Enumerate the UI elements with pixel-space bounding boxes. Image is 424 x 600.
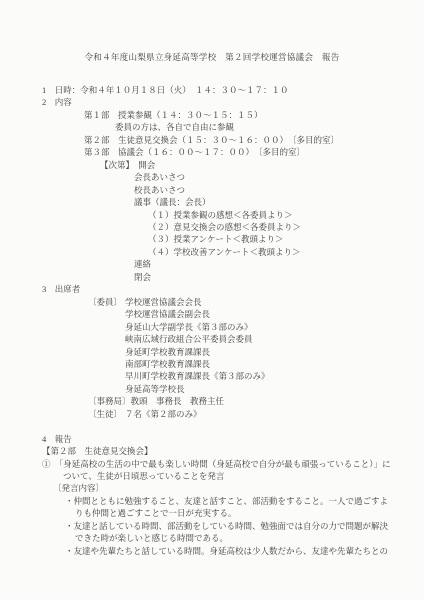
agenda-item-notice: 連絡 xyxy=(42,258,394,270)
meeting-datetime: 1 日時：令和４年１０月１８日（火） １４：３０～１７：１０ xyxy=(42,84,394,96)
attendee-members-row: 〔委員〕学校運営協議会会長 xyxy=(42,296,394,308)
attendee-name: 学校運営協議会会長 xyxy=(125,297,202,307)
agenda-heading: 【次第】 開会 xyxy=(42,159,394,171)
part1-note: 委員の方は、各自で自由に参観 xyxy=(42,121,394,133)
remark-item: ・友達と話している時間、部活動をしている時間、勉強面では自分の力で問題が解決でき… xyxy=(42,520,394,545)
agenda-subitem-1: （１）授業参観の感想＜各委員より＞ xyxy=(42,209,394,221)
report-heading: 4 報告 xyxy=(42,433,394,445)
remark-item: ・仲間とともに勉強すること、友達と話すこと、部活動をすること。一人で過ごすよりも… xyxy=(42,495,394,520)
remark-item: ・友達や先輩たちと話している時間。身延高校は少人数だから、友達や先輩たちとの xyxy=(42,545,394,557)
remarks-label: 〔発言内容〕 xyxy=(42,482,394,494)
document-page: 令和４年度山梨県立身延高等学校 第２回学校運営協議会 報告 1 日時：令和４年１… xyxy=(0,0,424,600)
agenda-subitem-2: （２）意見交換会の感想＜各委員より＞ xyxy=(42,221,394,233)
students-label: 〔生徒〕 xyxy=(88,408,125,420)
report-part2-heading: 【第２部 生徒意見交換会】 xyxy=(42,445,394,457)
agenda-item-proceedings: 議事（議長：会長） xyxy=(42,196,394,208)
part1-line: 第１部 授業参観（１４：３０～１５：１５） xyxy=(42,109,394,121)
part3-line: 第３部 協議会（１６：００～１７：００） 〔多目的室〕 xyxy=(42,146,394,158)
agenda-item-closing: 閉会 xyxy=(42,271,394,283)
agenda-item-principal-greeting: 校長あいさつ xyxy=(42,184,394,196)
attendee-name: 身延山大学副学長《第３部のみ》 xyxy=(42,321,394,333)
attendee-name: 早川町学校教育課課長《第３部のみ》 xyxy=(42,370,394,382)
document-body: 1 日時：令和４年１０月１８日（火） １４：３０～１７：１０ 2 内容 第１部 … xyxy=(42,84,394,557)
secretariat-label: 〔事務局〕 xyxy=(88,395,131,407)
students-row: 〔生徒〕７名《第２部のみ》 xyxy=(42,408,394,420)
attendees-heading: 3 出席者 xyxy=(42,283,394,295)
agenda-item-chair-greeting: 会長あいさつ xyxy=(42,171,394,183)
agenda-subitem-3: （３）授業アンケート＜教頭より＞ xyxy=(42,233,394,245)
attendee-name: 身延高等学校長 xyxy=(42,383,394,395)
report-topic: ① 「身延高校の生活の中で最も楽しい時間（身延高校で自分が最も頑張っていること）… xyxy=(42,458,394,483)
students-count: ７名《第２部のみ》 xyxy=(125,409,202,419)
blank-line xyxy=(42,420,394,432)
agenda-subitem-4: （４）学校改善アンケート＜教頭より＞ xyxy=(42,246,394,258)
attendee-name: 身延町学校教育課課長 xyxy=(42,346,394,358)
contents-heading: 2 内容 xyxy=(42,96,394,108)
attendee-name: 学校運営協議会副会長 xyxy=(42,308,394,320)
attendee-name: 峡南広域行政組合公平委員会委員 xyxy=(42,333,394,345)
secretariat-row: 〔事務局〕教頭 事務長 教務主任 xyxy=(42,395,394,407)
members-label: 〔委員〕 xyxy=(88,296,125,308)
attendee-name: 南部町学校教育課課長 xyxy=(42,358,394,370)
secretariat-names: 教頭 事務長 教務主任 xyxy=(131,396,225,406)
document-title: 令和４年度山梨県立身延高等学校 第２回学校運営協議会 報告 xyxy=(0,51,424,63)
part2-line: 第２部 生徒意見交換会（１５：３０～１６：００） 〔多目的室〕 xyxy=(42,134,394,146)
